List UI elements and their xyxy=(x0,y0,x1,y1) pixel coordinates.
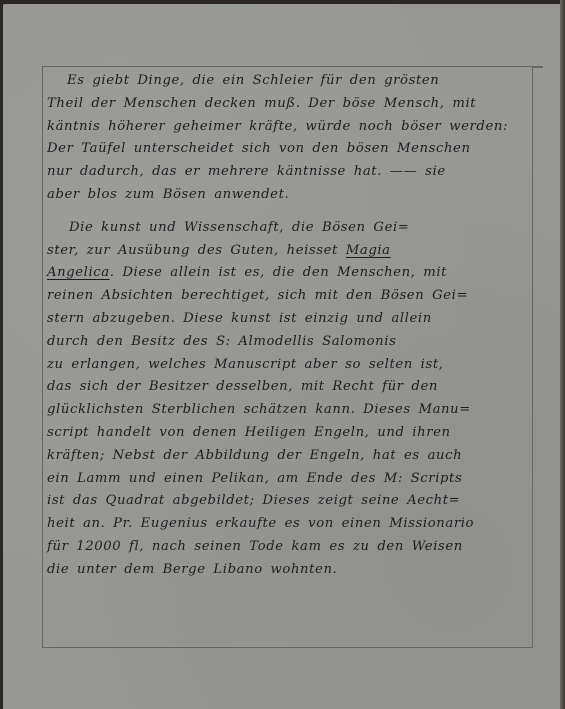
manuscript-text: Es giebt Dinge, die ein Schleier für den… xyxy=(47,70,531,582)
text-line: ein Lamm und einen Pelikan, am Ende des … xyxy=(47,468,531,491)
text-line: ist das Quadrat abgebildet; Dieses zeigt… xyxy=(47,490,531,513)
frame-extension xyxy=(533,66,543,68)
text-line: Der Taüfel unterscheidet sich von den bö… xyxy=(47,138,531,161)
text-line: nur dadurch, das er mehrere käntnisse ha… xyxy=(47,161,531,184)
underlined-term-magia: Magia xyxy=(346,243,391,258)
text-line: aber blos zum Bösen anwendet. xyxy=(47,184,531,207)
text-line: durch den Besitz des S: Almodellis Salom… xyxy=(47,331,531,354)
text-line: das sich der Besitzer desselben, mit Rec… xyxy=(47,376,531,399)
underlined-term-angelica: Angelica xyxy=(47,265,110,280)
text-line: für 12000 fl, nach seinen Tode kam es zu… xyxy=(47,536,531,559)
manuscript-page: Es giebt Dinge, die ein Schleier für den… xyxy=(3,4,562,709)
text-segment: ster, zur Ausübung des Guten, heisset xyxy=(47,243,346,258)
text-line: ster, zur Ausübung des Guten, heisset Ma… xyxy=(47,240,531,263)
text-segment: . Diese allein ist es, die den Menschen,… xyxy=(110,265,447,280)
text-line: heit an. Pr. Eugenius erkaufte es von ei… xyxy=(47,513,531,536)
text-line: reinen Absichten berechtiget, sich mit d… xyxy=(47,285,531,308)
text-line: stern abzugeben. Diese kunst ist einzig … xyxy=(47,308,531,331)
text-line: Angelica. Diese allein ist es, die den M… xyxy=(47,262,531,285)
text-line: die unter dem Berge Libano wohnten. xyxy=(47,559,531,582)
text-line: Die kunst und Wissenschaft, die Bösen Ge… xyxy=(47,217,531,240)
text-line: Theil der Menschen decken muß. Der böse … xyxy=(47,93,531,116)
text-line: script handelt von denen Heiligen Engeln… xyxy=(47,422,531,445)
text-line: kräften; Nebst der Abbildung der Engeln,… xyxy=(47,445,531,468)
text-line: zu erlangen, welches Manuscript aber so … xyxy=(47,354,531,377)
text-line: käntnis höherer geheimer kräfte, würde n… xyxy=(47,116,531,139)
text-line: glücklichsten Sterblichen schätzen kann.… xyxy=(47,399,531,422)
text-line: Es giebt Dinge, die ein Schleier für den… xyxy=(47,70,531,93)
paragraph-gap xyxy=(47,207,531,217)
page-edge-shadow xyxy=(560,0,565,709)
